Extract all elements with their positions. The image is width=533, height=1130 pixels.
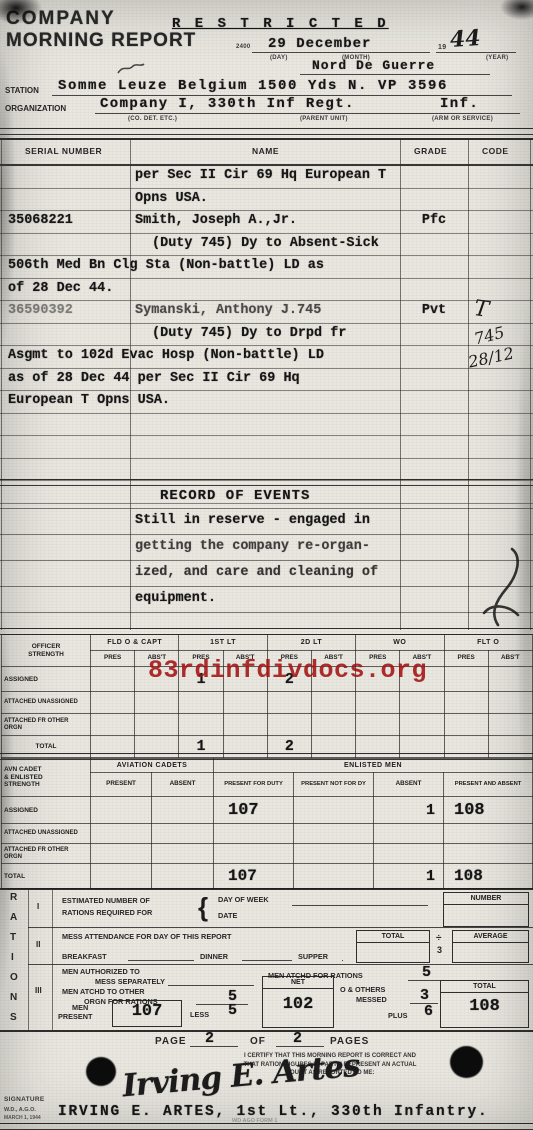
officer-strength-side-label: OFFICER STRENGTH xyxy=(2,635,91,667)
record-line: equipment. xyxy=(0,587,533,613)
label: PLUS xyxy=(388,1011,407,1020)
rations-letter: N xyxy=(10,992,17,1003)
label: MESS SEPARATELY xyxy=(95,977,165,986)
entry-text: (Duty 745) Dy to Drpd fr xyxy=(152,326,346,341)
entry-text: of 28 Dec 44. xyxy=(8,281,113,296)
record-text: getting the company re-organ- xyxy=(135,539,370,554)
roster-row: 36590392 Symanski, Anthony J.745 Pvt T xyxy=(0,301,533,324)
rule xyxy=(95,113,520,114)
record-text: Still in reserve - engaged in xyxy=(135,513,370,528)
rule xyxy=(408,980,440,981)
rations-letter: I xyxy=(11,952,14,963)
of-label: OF xyxy=(250,1036,266,1047)
cell-value xyxy=(91,864,152,889)
year-printed: 19 xyxy=(438,44,446,51)
arm-service-caption: (ARM OR SERVICE) xyxy=(432,116,493,122)
handwritten-code: 28/12 xyxy=(467,343,516,371)
label: O & OTHERS xyxy=(340,985,385,994)
co-det-caption: (CO. DET. ETC.) xyxy=(128,116,177,122)
organization-label: ORGANIZATION xyxy=(5,104,66,113)
pages-label: PAGES xyxy=(330,1036,369,1047)
pres-header: PRES xyxy=(444,651,488,667)
pres-header: PRES xyxy=(91,651,135,667)
cell-value xyxy=(294,797,374,824)
roster-row: as of 28 Dec 44 per Sec II Cir 69 Hq xyxy=(0,369,533,392)
roster-row: 506th Med Bn Clg Sta (Non-battle) LD as xyxy=(0,256,533,279)
roster-row xyxy=(0,436,533,459)
serial-number: 35068221 xyxy=(8,213,73,228)
rations-letter: T xyxy=(10,932,16,943)
label: PRESENT xyxy=(58,1012,92,1021)
column-group-header: 2D LT xyxy=(267,635,355,651)
label: MESS ATTENDANCE FOR DAY OF THIS REPORT xyxy=(62,932,231,941)
serial-number: 36590392 xyxy=(8,303,73,318)
rule xyxy=(342,960,343,961)
record-text: ized, and care and cleaning of xyxy=(135,565,378,580)
cell-value: 108 xyxy=(444,797,533,824)
label: MEN AUTHORIZED TO xyxy=(62,967,140,976)
average-box: AVERAGE xyxy=(452,930,529,963)
total-box: TOTAL xyxy=(356,930,430,963)
divisor: 3 xyxy=(437,945,442,955)
entry-text: Opns USA. xyxy=(135,191,208,206)
entry-text: per Sec II Cir 69 Hq European T xyxy=(135,168,386,183)
rule xyxy=(436,52,516,53)
rule xyxy=(28,964,533,965)
roster-row: (Duty 745) Dy to Absent-Sick xyxy=(0,234,533,257)
scan-smudge xyxy=(500,0,533,20)
form-title-line2: MORNING REPORT xyxy=(6,30,196,52)
average-box-label: AVERAGE xyxy=(453,931,528,943)
officer-strength-table: OFFICER STRENGTH FLD O & CAPT 1ST LT 2D … xyxy=(1,634,533,758)
brace-glyph: { xyxy=(198,892,208,923)
rations-letter: O xyxy=(10,972,18,983)
site-watermark: 83rdinfdivdocs.org xyxy=(148,656,427,685)
entry-text: (Duty 745) Dy to Absent-Sick xyxy=(152,236,379,251)
rations-section: R A T I O N S I II III ESTIMATED NUMBER … xyxy=(0,888,533,1032)
rule xyxy=(252,52,430,53)
part-numeral: III xyxy=(35,986,42,995)
total-box-label: TOTAL xyxy=(441,981,528,993)
handwritten-code: 745 xyxy=(472,322,506,348)
net-box-label: NET xyxy=(263,977,333,989)
net-box: NET 102 xyxy=(262,976,334,1028)
form-reference-date: MARCH 1, 1944 xyxy=(4,1115,41,1121)
punch-hole xyxy=(450,1046,483,1078)
organization-value: Company I, 330th Inf Regt. xyxy=(100,96,355,112)
roster-row: 35068221 Smith, Joseph A.,Jr. Pfc xyxy=(0,211,533,234)
roster-row: per Sec II Cir 69 Hq European T xyxy=(0,166,533,189)
label: DINNER xyxy=(200,952,228,961)
label: MESSED xyxy=(356,995,387,1004)
year-caption: (YEAR) xyxy=(486,55,508,61)
classification-stamp: R E S T R I C T E D xyxy=(172,16,389,32)
row-label: ATTACHED FR OTHER ORGN xyxy=(2,844,91,864)
soldier-name: Symanski, Anthony J.745 xyxy=(135,303,321,318)
grid-reference: Nord De Guerre xyxy=(312,58,435,73)
rule xyxy=(28,890,29,1030)
entry-text: 506th Med Bn Clg Sta (Non-battle) LD as xyxy=(8,258,324,273)
page-label: PAGE xyxy=(155,1036,187,1047)
rule xyxy=(292,905,428,906)
page-number: 2 xyxy=(205,1030,214,1047)
report-time: 2400 xyxy=(236,44,251,50)
handwritten-code: T xyxy=(472,296,490,323)
label: STRENGTH xyxy=(4,651,88,659)
day-caption: (DAY) xyxy=(270,55,288,61)
row-label: ASSIGNED xyxy=(2,667,91,692)
row-label: TOTAL xyxy=(2,864,91,889)
cell-value xyxy=(91,667,135,692)
column-group-header: FLT O xyxy=(444,635,532,651)
section-divider xyxy=(0,128,533,135)
column-group-header: WO xyxy=(356,635,444,651)
row-label: ASSIGNED xyxy=(2,797,91,824)
rations-total-box: TOTAL 108 xyxy=(440,980,529,1028)
label: DATE xyxy=(218,911,237,920)
rule xyxy=(190,1046,238,1047)
roster-row xyxy=(0,459,533,482)
form-reference: W.D., A.G.O. xyxy=(4,1107,36,1113)
label: ESTIMATED NUMBER OF xyxy=(62,896,150,905)
name-header: NAME xyxy=(252,146,279,156)
rule xyxy=(52,890,53,1030)
part-numeral: II xyxy=(36,940,40,949)
roster-header-row: SERIAL NUMBER NAME GRADE CODE xyxy=(0,138,533,166)
rule xyxy=(242,960,292,961)
handwritten-flourish xyxy=(478,545,524,630)
roster-row xyxy=(0,414,533,437)
handwritten-mark xyxy=(116,62,146,76)
page-bottom-rule xyxy=(0,1123,533,1130)
row-label: ATTACHED UNASSIGNED xyxy=(2,692,91,714)
record-line: Still in reserve - engaged in xyxy=(0,509,533,535)
roster-row: (Duty 745) Dy to Drpd fr 745 xyxy=(0,324,533,347)
label: STRENGTH xyxy=(4,781,88,789)
rations-letter: A xyxy=(10,912,17,923)
rations-letter: S xyxy=(10,1012,17,1023)
rule xyxy=(300,74,490,75)
soldier-name: Smith, Joseph A.,Jr. xyxy=(135,213,297,228)
others-messed-value: 3 xyxy=(420,987,429,1004)
cell-value: 107 xyxy=(214,864,294,889)
record-of-events-title: RECORD OF EVENTS xyxy=(160,488,310,504)
personnel-roster-table: SERIAL NUMBER NAME GRADE CODE per Sec II… xyxy=(0,138,533,504)
men-present-value: 107 xyxy=(113,1001,181,1021)
column-group-header: FLD O & CAPT xyxy=(91,635,179,651)
signature-label: SIGNATURE xyxy=(4,1096,45,1103)
station-label: STATION xyxy=(5,86,39,95)
cell-value: 1 xyxy=(374,864,444,889)
label: BREAKFAST xyxy=(62,952,107,961)
grade-value: Pfc xyxy=(404,213,464,228)
label: SUPPER xyxy=(298,952,328,961)
label: OFFICER xyxy=(4,643,88,651)
grade-header: GRADE xyxy=(414,146,447,156)
divide-sign: ÷ xyxy=(436,933,442,944)
number-box-label: NUMBER xyxy=(444,893,528,905)
plus-value: 6 xyxy=(424,1003,433,1020)
rations-letter: R xyxy=(10,892,17,903)
cell-value xyxy=(152,797,214,824)
record-line: getting the company re-organ- xyxy=(0,535,533,561)
cell-value: 107 xyxy=(214,797,294,824)
rations-total-value: 108 xyxy=(441,993,528,1016)
abst-header: ABS'T xyxy=(488,651,532,667)
column-header: ABSENT xyxy=(152,773,214,797)
punch-hole xyxy=(86,1057,116,1086)
record-text: equipment. xyxy=(135,591,216,606)
cell-value xyxy=(91,797,152,824)
row-label: ATTACHED UNASSIGNED xyxy=(2,824,91,844)
column-header: PRESENT NOT FOR DY xyxy=(294,773,374,797)
morning-report-document: COMPANY MORNING REPORT R E S T R I C T E… xyxy=(0,0,533,1130)
cell-value xyxy=(444,667,488,692)
column-group-header: AVIATION CADETS xyxy=(91,759,214,773)
grade-value: Pvt xyxy=(404,303,464,318)
parent-unit-caption: (PARENT UNIT) xyxy=(300,116,348,122)
year-handwritten: 44 xyxy=(449,25,481,53)
label: LESS xyxy=(190,1010,209,1019)
serial-number-header: SERIAL NUMBER xyxy=(25,146,102,156)
row-label: ATTACHED FR OTHER ORGN xyxy=(2,714,91,736)
atchd-for-rations-value: 5 xyxy=(422,964,431,981)
cell-value: 108 xyxy=(444,864,533,889)
station-value: Somme Leuze Belgium 1500 Yds N. VP 3596 xyxy=(58,78,448,94)
label: RATIONS REQUIRED FOR xyxy=(62,908,152,917)
entry-text: European T Opns USA. xyxy=(8,393,170,408)
label: MEN ATCHD TO OTHER xyxy=(62,987,145,996)
column-header: PRESENT AND ABSENT xyxy=(444,773,533,797)
label: AVN CADET xyxy=(4,766,88,774)
rule xyxy=(28,927,533,928)
report-date: 29 December xyxy=(268,36,371,52)
rule xyxy=(168,985,254,986)
column-header: PRESENT FOR DUTY xyxy=(214,773,294,797)
rule xyxy=(276,1046,324,1047)
label: MEN xyxy=(72,1003,88,1012)
record-line: ized, and care and cleaning of xyxy=(0,561,533,587)
column-group-header: 1ST LT xyxy=(179,635,267,651)
column-header: PRESENT xyxy=(91,773,152,797)
record-heading-row: RECORD OF EVENTS xyxy=(0,484,533,509)
record-of-events-section: RECORD OF EVENTS Still in reserve - enga… xyxy=(0,484,533,634)
rule xyxy=(196,1004,248,1005)
enlisted-strength-side-label: AVN CADET & ENLISTED STRENGTH xyxy=(2,759,91,797)
roster-row: European T Opns USA. xyxy=(0,391,533,414)
cell-value xyxy=(152,864,214,889)
number-box: NUMBER xyxy=(443,892,529,927)
total-pages-number: 2 xyxy=(293,1030,302,1047)
rule xyxy=(128,960,194,961)
column-group-header: ENLISTED MEN xyxy=(214,759,533,773)
total-box-label: TOTAL xyxy=(357,931,429,943)
roster-row: Opns USA. xyxy=(0,189,533,212)
cell-value: 1 xyxy=(374,797,444,824)
entry-text: Asgmt to 102d Evac Hosp (Non-battle) LD xyxy=(8,348,324,363)
label: DAY OF WEEK xyxy=(218,895,269,904)
enlisted-strength-table: AVN CADET & ENLISTED STRENGTH AVIATION C… xyxy=(1,758,533,889)
form-title-line1: COMPANY xyxy=(6,8,116,30)
code-header: CODE xyxy=(482,146,509,156)
label: & ENLISTED xyxy=(4,774,88,782)
net-value: 102 xyxy=(263,989,333,1014)
arm-of-service-value: Inf. xyxy=(440,96,479,112)
cell-value xyxy=(488,667,532,692)
part-numeral: I xyxy=(37,902,39,911)
men-present-box: 107 xyxy=(112,1000,182,1027)
entry-text: as of 28 Dec 44 per Sec II Cir 69 Hq xyxy=(8,371,300,386)
column-header: ABSENT xyxy=(374,773,444,797)
cell-value xyxy=(294,864,374,889)
roster-row: Asgmt to 102d Evac Hosp (Non-battle) LD … xyxy=(0,346,533,369)
less-value: 5 xyxy=(228,1002,237,1019)
roster-row: of 28 Dec 44. xyxy=(0,279,533,302)
